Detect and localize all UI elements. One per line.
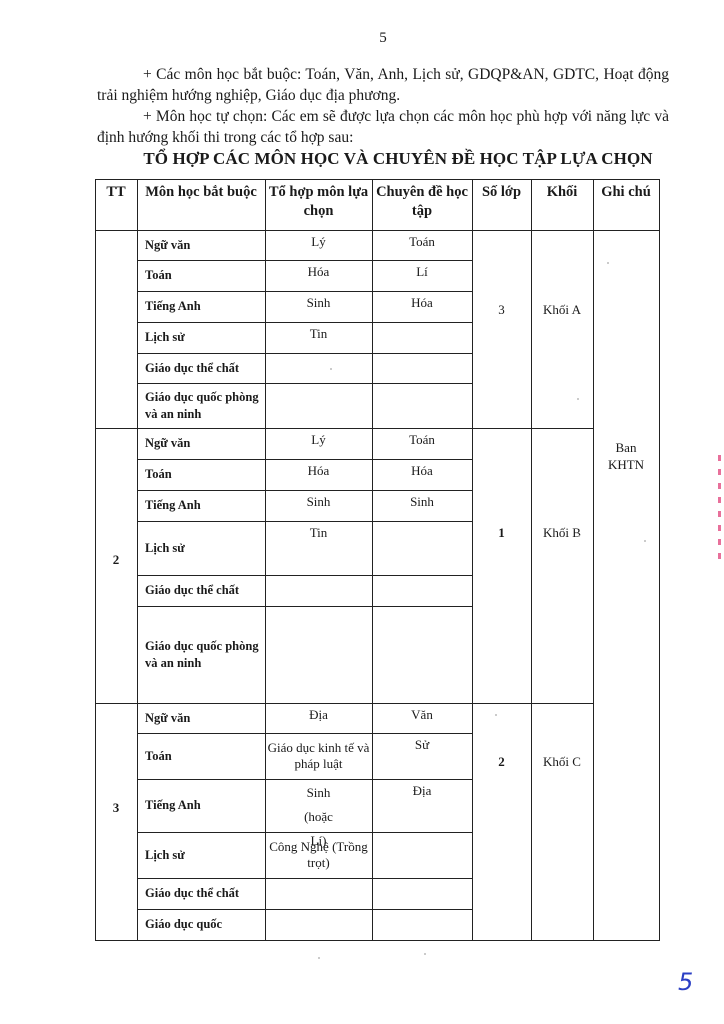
required-subject-cell: Toán [137, 260, 265, 291]
required-subject-cell: Ngữ văn [137, 230, 265, 260]
elective-combo-cell: Giáo dục kinh tế và pháp luật [265, 733, 372, 779]
elective-combo-cell [265, 383, 372, 428]
elective-combo-cell [265, 575, 372, 606]
study-topic-cell [372, 521, 472, 575]
table-border [472, 179, 473, 941]
study-topic-cell [372, 606, 472, 703]
table-border [659, 179, 660, 941]
scan-speck [330, 368, 332, 370]
study-topic-cell: Văn [372, 703, 472, 733]
elective-combo-cell: Sinh [265, 490, 372, 521]
required-subject-cell: Ngữ văn [137, 428, 265, 459]
study-topic-cell [372, 832, 472, 878]
elective-combo-cell: Sinh [265, 291, 372, 322]
subject-combination-table: TTMôn học bắt buộcTổ hợp môn lựa chọnChu… [0, 0, 724, 1024]
block-label: Khối C [531, 752, 593, 772]
group-number: 3 [95, 798, 137, 818]
header-note: Ghi chú [593, 179, 659, 230]
study-topic-cell: Sử [372, 733, 472, 779]
header-combo: Tổ hợp môn lựa chọn [265, 179, 372, 230]
study-topic-cell: Toán [372, 230, 472, 260]
required-subject-cell: Toán [137, 459, 265, 490]
elective-combo-cell [265, 878, 372, 909]
elective-combo-cell: Địa [265, 703, 372, 733]
required-subject-cell: Toán [137, 733, 265, 779]
study-topic-cell [372, 909, 472, 940]
study-topic-cell: Sinh [372, 490, 472, 521]
class-count: 1 [472, 523, 531, 543]
required-subject-cell: Giáo dục quốc phòng và an ninh [137, 383, 265, 428]
note-cell: Ban KHTN [593, 438, 659, 474]
handwritten-page-number: 5 [678, 968, 693, 996]
required-subject-cell: Tiếng Anh [137, 779, 265, 832]
study-topic-cell [372, 353, 472, 383]
elective-combo-cell: Sinh (hoặc Lí) [265, 779, 372, 832]
scan-speck [607, 262, 609, 264]
elective-combo-cell [265, 353, 372, 383]
class-count: 3 [472, 300, 531, 320]
elective-combo-cell [265, 606, 372, 703]
study-topic-cell: Toán [372, 428, 472, 459]
table-border [95, 940, 660, 941]
study-topic-cell [372, 878, 472, 909]
scan-speck [577, 398, 579, 400]
required-subject-cell: Ngữ văn [137, 703, 265, 733]
elective-combo-cell: Hóa [265, 260, 372, 291]
required-subject-cell: Lịch sử [137, 322, 265, 353]
scan-speck [644, 540, 646, 542]
required-subject-cell: Tiếng Anh [137, 291, 265, 322]
study-topic-cell: Địa [372, 779, 472, 832]
scan-speck [495, 714, 497, 716]
elective-combo-cell: Tin [265, 322, 372, 353]
elective-combo-cell: Hóa [265, 459, 372, 490]
table-border [531, 179, 532, 941]
scan-speck [318, 957, 320, 959]
header-classes: Số lớp [472, 179, 531, 230]
group-number: 2 [95, 550, 137, 570]
header-required: Môn học bắt buộc [137, 179, 265, 230]
study-topic-cell: Hóa [372, 291, 472, 322]
required-subject-cell: Tiếng Anh [137, 490, 265, 521]
header-block: Khối [531, 179, 593, 230]
study-topic-cell: Hóa [372, 459, 472, 490]
required-subject-cell: Giáo dục thể chất [137, 575, 265, 606]
scan-speck [424, 953, 426, 955]
header-tt: TT [95, 179, 137, 230]
elective-combo-cell [265, 909, 372, 940]
required-subject-cell: Giáo dục quốc [137, 909, 265, 940]
study-topic-cell: Lí [372, 260, 472, 291]
class-count: 2 [472, 752, 531, 772]
study-topic-cell [372, 575, 472, 606]
required-subject-cell: Giáo dục quốc phòng và an ninh [137, 606, 265, 703]
table-border [593, 179, 594, 941]
block-label: Khối B [531, 523, 593, 543]
elective-combo-cell: Lý [265, 428, 372, 459]
required-subject-cell: Giáo dục thể chất [137, 878, 265, 909]
study-topic-cell [372, 383, 472, 428]
study-topic-cell [372, 322, 472, 353]
margin-stamp-mark [718, 455, 721, 565]
elective-combo-cell: Lý [265, 230, 372, 260]
block-label: Khối A [531, 300, 593, 320]
scan-speck [578, 535, 580, 537]
elective-combo-cell: Tin [265, 521, 372, 575]
header-topics: Chuyên đề học tập [372, 179, 472, 230]
elective-combo-cell: Công Nghệ (Trồng trọt) [265, 832, 372, 878]
required-subject-cell: Giáo dục thể chất [137, 353, 265, 383]
required-subject-cell: Lịch sử [137, 832, 265, 878]
required-subject-cell: Lịch sử [137, 521, 265, 575]
